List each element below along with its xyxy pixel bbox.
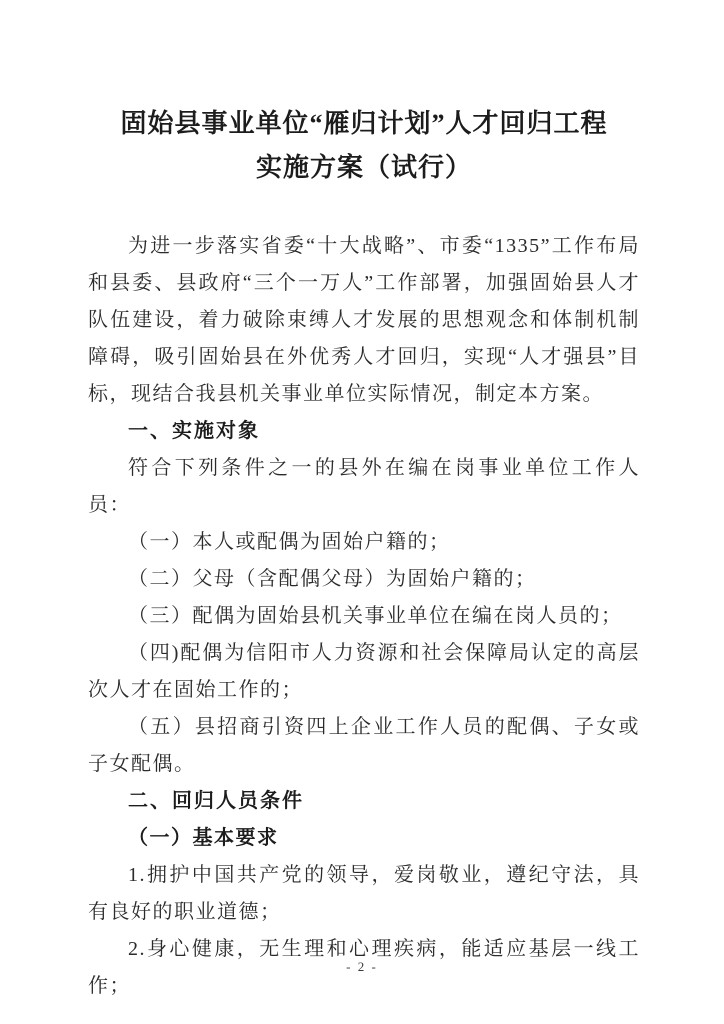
list-item-condition-2: （二）父母（含配偶父母）为固始户籍的； bbox=[88, 561, 640, 598]
list-item-condition-3: （三）配偶为固始县机关事业单位在编在岗人员的； bbox=[88, 598, 640, 635]
subsection-heading-basic-requirements: （一）基本要求 bbox=[88, 820, 640, 857]
paragraph-intro: 为进一步落实省委“十大战略”、市委“1335”工作布局和县委、县政府“三个一万人… bbox=[88, 228, 640, 413]
list-item-condition-1: （一）本人或配偶为固始户籍的； bbox=[88, 524, 640, 561]
document-title: 固始县事业单位“雁归计划”人才回归工程 实施方案（试行） bbox=[88, 102, 640, 190]
section-heading-implementation-targets: 一、实施对象 bbox=[88, 413, 640, 450]
list-item-requirement-1: 1.拥护中国共产党的领导，爱岗敬业，遵纪守法，具有良好的职业道德； bbox=[88, 857, 640, 931]
document-page: 固始县事业单位“雁归计划”人才回归工程 实施方案（试行） 为进一步落实省委“十大… bbox=[0, 0, 724, 1024]
paragraph-eligibility-intro: 符合下列条件之一的县外在编在岗事业单位工作人员： bbox=[88, 450, 640, 524]
list-item-condition-5: （五）县招商引资四上企业工作人员的配偶、子女或子女配偶。 bbox=[88, 709, 640, 783]
page-number: - 2 - bbox=[346, 959, 378, 974]
list-item-condition-4: （四)配偶为信阳市人力资源和社会保障局认定的高层次人才在固始工作的； bbox=[88, 635, 640, 709]
page-footer: - 2 - bbox=[0, 958, 724, 976]
section-heading-return-personnel-conditions: 二、回归人员条件 bbox=[88, 783, 640, 820]
title-line-1: 固始县事业单位“雁归计划”人才回归工程 bbox=[120, 109, 607, 138]
title-line-2: 实施方案（试行） bbox=[256, 153, 472, 182]
